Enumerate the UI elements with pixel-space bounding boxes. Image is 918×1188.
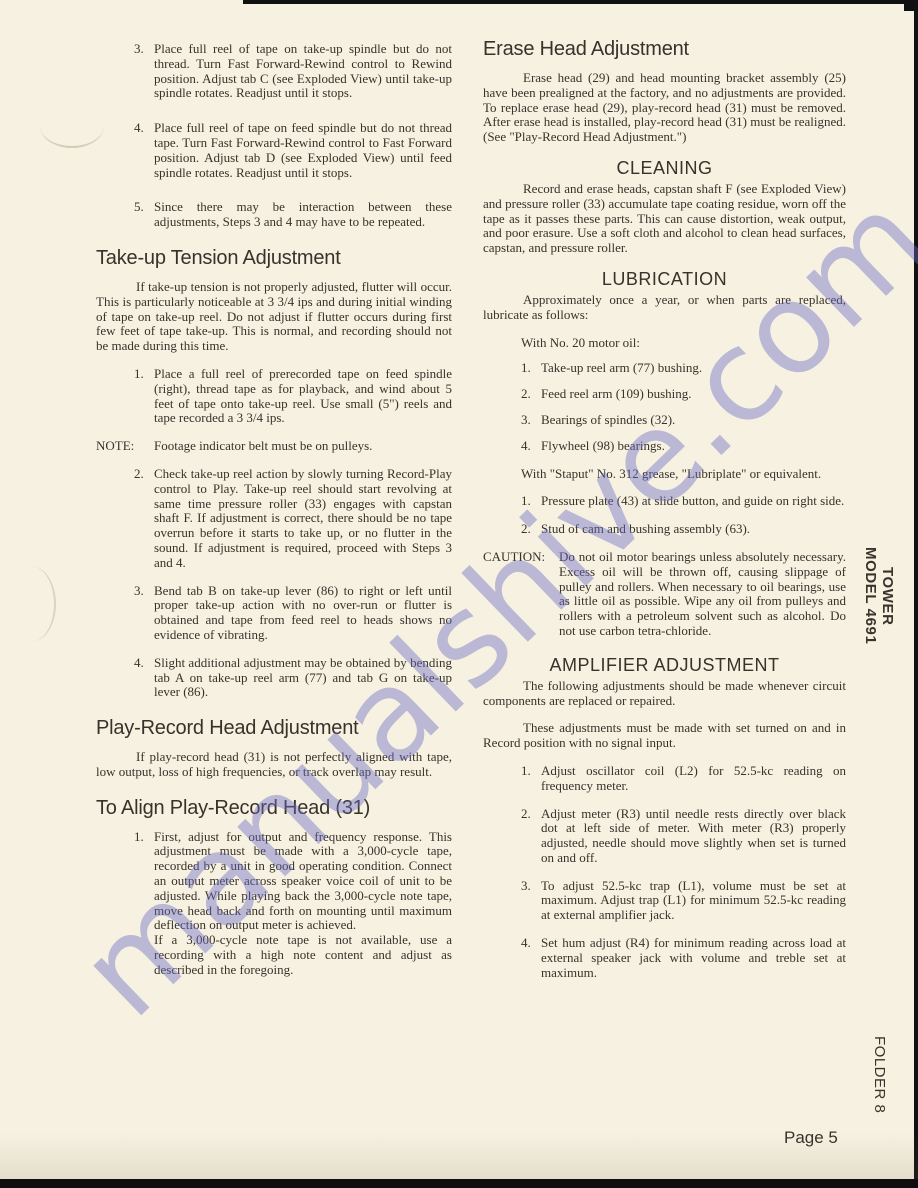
list-item-text: Place full reel of tape on take-up spind… xyxy=(154,42,452,101)
scan-edge-right-bar xyxy=(914,0,918,1188)
model-side-label: TOWER MODEL 4691 xyxy=(862,520,896,672)
amplifier-paragraph-1: The following adjustments should be made… xyxy=(483,679,846,709)
binding-mark xyxy=(6,566,56,642)
list-item: 1. Adjust oscillator coil (L2) for 52.5-… xyxy=(521,764,846,794)
list-item: 5. Since there may be interaction betwee… xyxy=(134,200,452,230)
list-item-number: 1. xyxy=(521,361,541,376)
erase-head-paragraph: Erase head (29) and head mounting bracke… xyxy=(483,71,846,145)
list-item: 3. Place full reel of tape on take-up sp… xyxy=(134,42,452,101)
lubrication-intro-paragraph: Approximately once a year, or when parts… xyxy=(483,293,846,323)
list-item: 3. Bend tab B on take-up lever (86) to r… xyxy=(134,584,452,643)
list-item-number: 2. xyxy=(521,387,541,402)
play-record-intro-paragraph: If play-record head (31) is not perfectl… xyxy=(96,750,452,780)
model-side-label-line2: MODEL 4691 xyxy=(862,520,879,672)
grease-items-list: 1. Pressure plate (43) at slide button, … xyxy=(521,494,846,537)
caution-block: CAUTION: Do not oil motor bearings unles… xyxy=(483,550,846,639)
section-heading-align-head: To Align Play-Record Head (31) xyxy=(96,797,452,819)
list-item-text: Place full reel of tape on feed spindle … xyxy=(154,121,452,180)
section-heading-lubrication: LUBRICATION xyxy=(483,269,846,289)
list-item-text: Since there may be interaction between t… xyxy=(154,200,452,230)
list-item-text: Feed reel arm (109) bushing. xyxy=(541,387,846,402)
takeup-steps-list: 2. Check take-up reel action by slowly t… xyxy=(134,467,452,700)
list-item: 2. Adjust meter (R3) until needle rests … xyxy=(521,807,846,866)
amplifier-steps-list: 1. Adjust oscillator coil (L2) for 52.5-… xyxy=(521,764,846,981)
list-item-number: 4. xyxy=(521,439,541,454)
list-item-text: Take-up reel arm (77) bushing. xyxy=(541,361,846,376)
cleaning-paragraph: Record and erase heads, capstan shaft F … xyxy=(483,182,846,256)
note-block: NOTE: Footage indicator belt must be on … xyxy=(96,439,452,454)
list-item: 4. Flywheel (98) bearings. xyxy=(521,439,846,454)
list-item: 3. Bearings of spindles (32). xyxy=(521,413,846,428)
top-steps-list: 3. Place full reel of tape on take-up sp… xyxy=(134,42,452,230)
list-item: 1. Take-up reel arm (77) bushing. xyxy=(521,361,846,376)
section-heading-play-record: Play-Record Head Adjustment xyxy=(96,717,452,739)
align-steps-list: 1. First, adjust for output and frequenc… xyxy=(134,830,452,978)
list-item-number: 3. xyxy=(134,584,154,643)
left-column: 3. Place full reel of tape on take-up sp… xyxy=(96,42,452,978)
model-side-label-line1: TOWER xyxy=(879,520,896,672)
list-item-text: Place a full reel of prerecorded tape on… xyxy=(154,367,452,426)
list-item: 1. First, adjust for output and frequenc… xyxy=(134,830,452,934)
list-item-number: 1. xyxy=(134,830,154,934)
scan-bottom-shadow xyxy=(0,1133,918,1179)
list-item: 2. Stud of cam and bushing assembly (63)… xyxy=(521,522,846,537)
right-column: Erase Head Adjustment Erase head (29) an… xyxy=(483,38,846,980)
page-number: Page 5 xyxy=(784,1128,838,1148)
binding-mark xyxy=(40,104,104,148)
caution-text: Do not oil motor bearings unless absolut… xyxy=(559,550,846,639)
list-item-number: 1. xyxy=(521,764,541,794)
list-item-text: Adjust meter (R3) until needle rests dir… xyxy=(541,807,846,866)
list-item-number: 3. xyxy=(521,879,541,923)
takeup-steps-list: 1. Place a full reel of prerecorded tape… xyxy=(134,367,452,426)
scan-edge-bottom-bar xyxy=(0,1179,918,1188)
list-item-continued: If a 3,000-cycle note tape is not availa… xyxy=(154,933,452,977)
list-item-text: Flywheel (98) bearings. xyxy=(541,439,846,454)
list-item-text: Stud of cam and bushing assembly (63). xyxy=(541,522,846,537)
scan-edge-top-bar xyxy=(243,0,918,4)
list-item: 1. Pressure plate (43) at slide button, … xyxy=(521,494,846,509)
caution-label: CAUTION: xyxy=(483,550,559,639)
list-item-text: To adjust 52.5-kc trap (L1), volume must… xyxy=(541,879,846,923)
grease-intro-line: With "Staput" No. 312 grease, "Lubriplat… xyxy=(521,467,846,482)
list-item-number: 4. xyxy=(134,656,154,700)
list-item-text: First, adjust for output and frequency r… xyxy=(154,830,452,934)
list-item-number: 1. xyxy=(521,494,541,509)
section-heading-amplifier: AMPLIFIER ADJUSTMENT xyxy=(483,655,846,675)
oil-items-list: 1. Take-up reel arm (77) bushing. 2. Fee… xyxy=(521,361,846,453)
list-item: 4. Slight additional adjustment may be o… xyxy=(134,656,452,700)
section-heading-cleaning: CLEANING xyxy=(483,158,846,178)
list-item-text: Bend tab B on take-up lever (86) to righ… xyxy=(154,584,452,643)
list-item-number: 3. xyxy=(134,42,154,101)
list-item-number: 4. xyxy=(521,936,541,980)
list-item-number: 4. xyxy=(134,121,154,180)
list-item-number: 1. xyxy=(134,367,154,426)
list-item-number: 5. xyxy=(134,200,154,230)
note-text: Footage indicator belt must be on pulley… xyxy=(154,439,452,454)
scanned-manual-page: manualshive.com 3. Place full reel of ta… xyxy=(0,0,918,1188)
list-item: 2. Check take-up reel action by slowly t… xyxy=(134,467,452,571)
list-item: 4. Place full reel of tape on feed spind… xyxy=(134,121,452,180)
amplifier-paragraph-2: These adjustments must be made with set … xyxy=(483,721,846,751)
list-item: 2. Feed reel arm (109) bushing. xyxy=(521,387,846,402)
section-heading-takeup-tension: Take-up Tension Adjustment xyxy=(96,247,452,269)
takeup-intro-paragraph: If take-up tension is not properly adjus… xyxy=(96,280,452,354)
folder-side-label: FOLDER 8 xyxy=(871,1036,888,1113)
list-item: 4. Set hum adjust (R4) for minimum readi… xyxy=(521,936,846,980)
list-item-text: Pressure plate (43) at slide button, and… xyxy=(541,494,846,509)
note-label: NOTE: xyxy=(96,439,154,454)
list-item: 1. Place a full reel of prerecorded tape… xyxy=(134,367,452,426)
list-item-number: 3. xyxy=(521,413,541,428)
list-item-text: Set hum adjust (R4) for minimum reading … xyxy=(541,936,846,980)
list-item-number: 2. xyxy=(134,467,154,571)
list-item-number: 2. xyxy=(521,522,541,537)
section-heading-erase-head: Erase Head Adjustment xyxy=(483,38,846,60)
list-item: 3. To adjust 52.5-kc trap (L1), volume m… xyxy=(521,879,846,923)
oil-intro-line: With No. 20 motor oil: xyxy=(521,336,846,351)
list-item-text: Bearings of spindles (32). xyxy=(541,413,846,428)
list-item-number: 2. xyxy=(521,807,541,866)
list-item-text: Check take-up reel action by slowly turn… xyxy=(154,467,452,571)
list-item-text: Adjust oscillator coil (L2) for 52.5-kc … xyxy=(541,764,846,794)
list-item-text: Slight additional adjustment may be obta… xyxy=(154,656,452,700)
